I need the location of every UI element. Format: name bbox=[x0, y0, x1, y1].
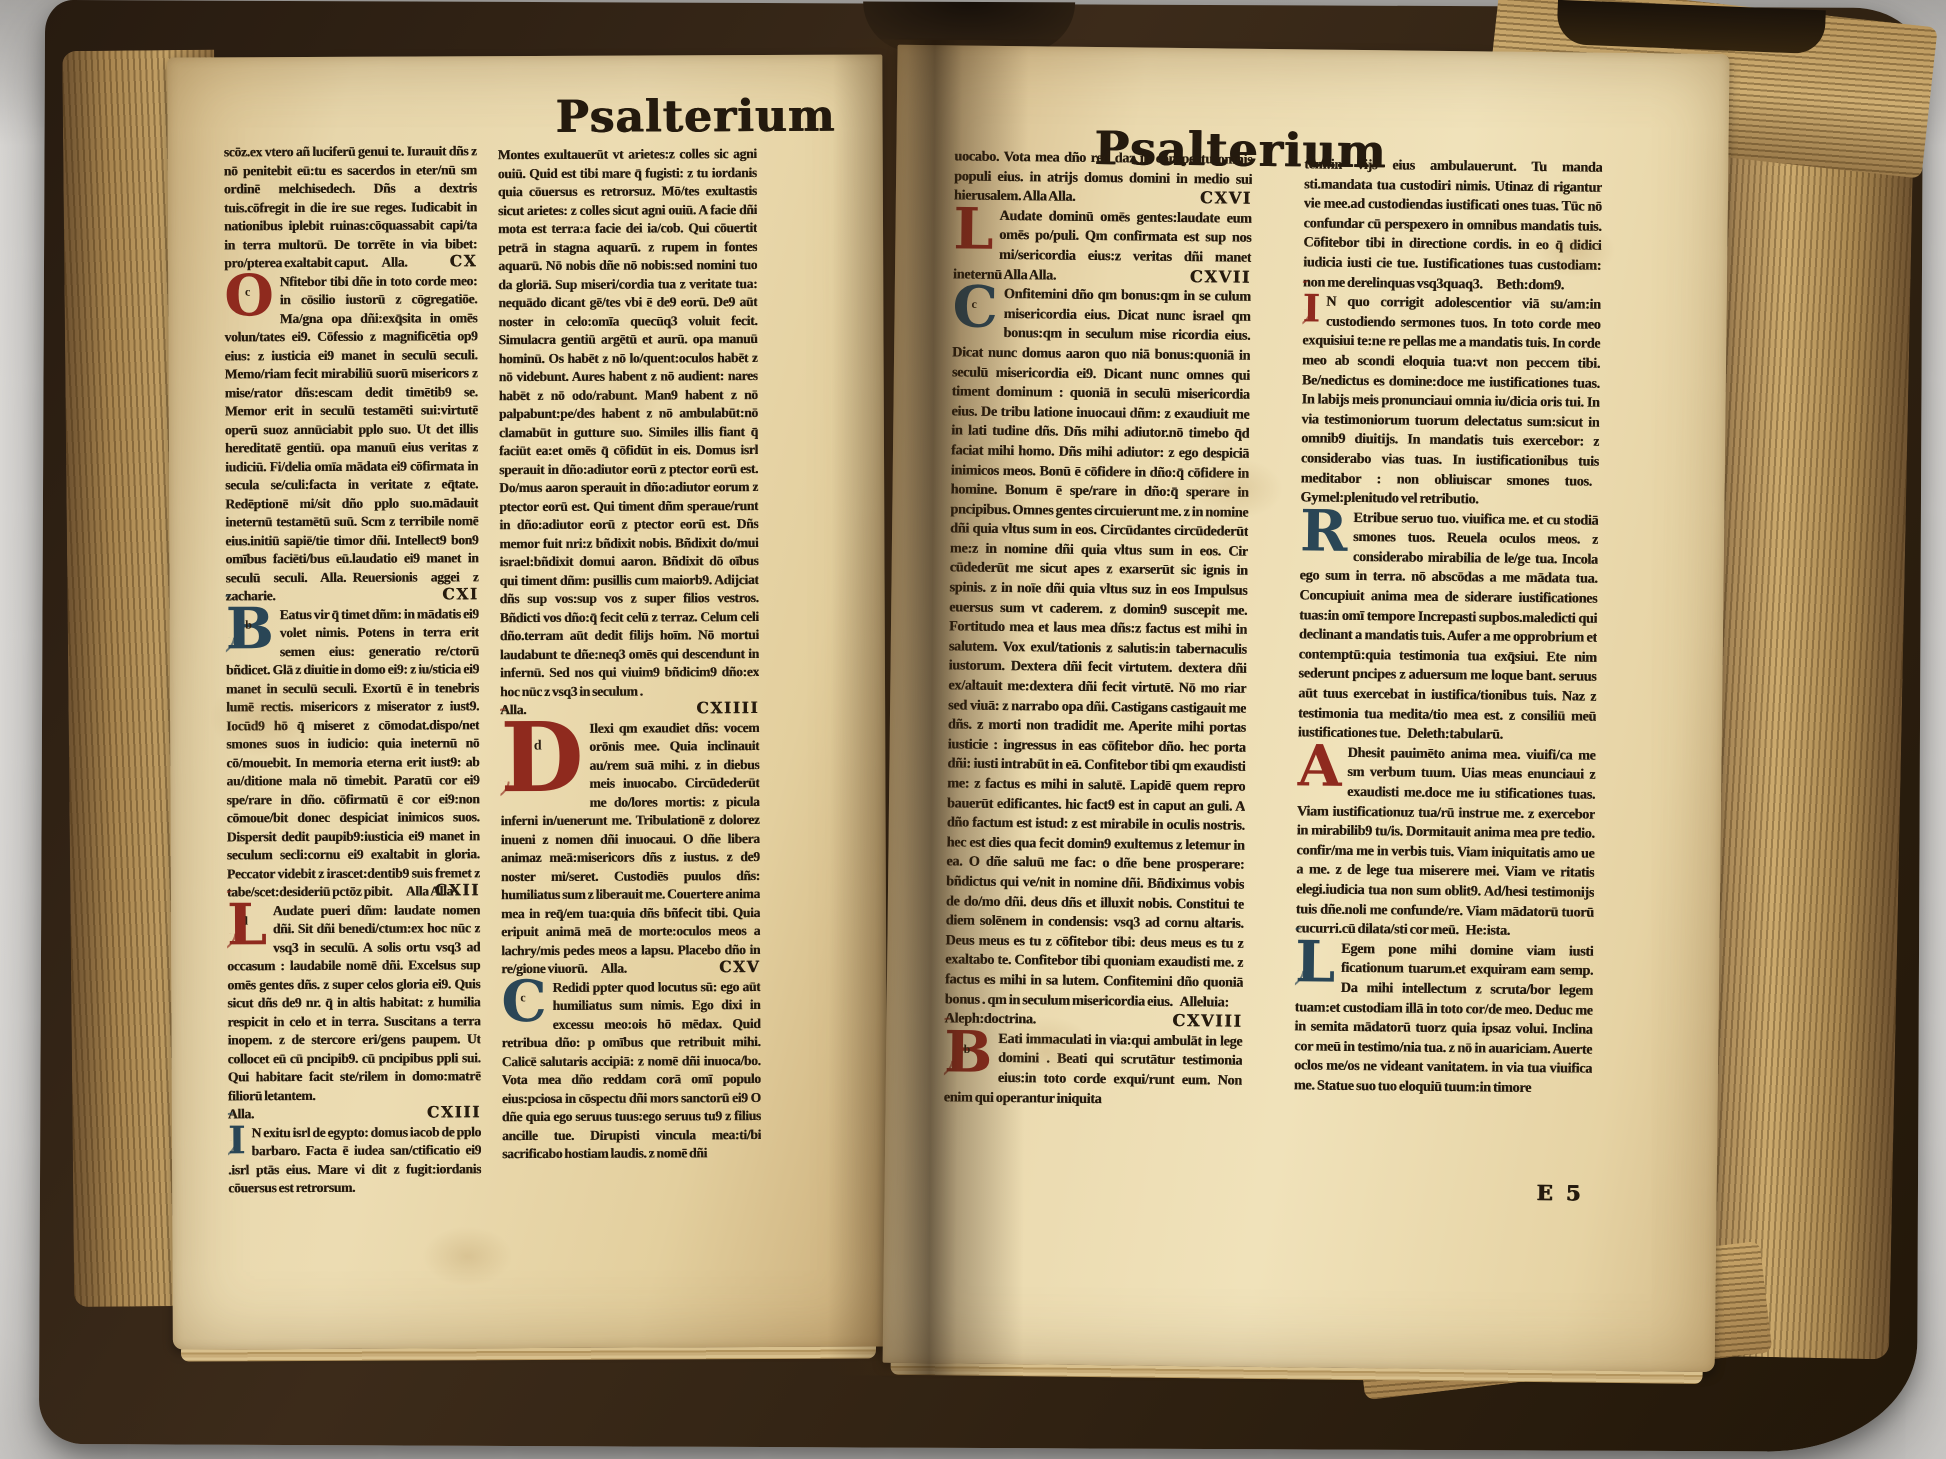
illuminated-initial: Oc bbox=[224, 273, 280, 319]
psalm-block: Alla.CXIII bbox=[228, 1104, 481, 1124]
illuminated-initial: L bbox=[1295, 939, 1341, 985]
illuminated-initial: Ll bbox=[227, 902, 273, 948]
left-column-1: scōz.ex vtero añ luciferū genui te. Iura… bbox=[224, 142, 482, 1255]
psalm-block: Montes exultauerūt vt arietes:z colles s… bbox=[498, 145, 759, 701]
guide-letter: b bbox=[964, 1045, 970, 1054]
guide-letter: b bbox=[245, 621, 251, 630]
psalm-numeral: CXIIII bbox=[696, 699, 759, 718]
illuminated-initial: Cc bbox=[501, 978, 552, 1024]
left-page: Psalterium scōz.ex vtero añ luciferū gen… bbox=[167, 54, 888, 1349]
psalm-text: Montes exultauerūt vt arietes:z colles s… bbox=[498, 146, 759, 699]
illuminated-initial: R bbox=[1300, 508, 1354, 554]
running-title-left: Psalterium bbox=[555, 91, 835, 143]
illuminated-initial: A bbox=[1297, 743, 1347, 789]
under-pages-edge bbox=[890, 1363, 1702, 1384]
book: Psalterium scōz.ex vtero añ luciferū gen… bbox=[39, 0, 1923, 1452]
guide-letter: l bbox=[245, 917, 248, 926]
psalm-block: uocabo. Vota mea dño red daz in conspect… bbox=[954, 147, 1253, 209]
psalm-block: OcNfitebor tibi dñe in toto corde meo: i… bbox=[224, 272, 478, 606]
psalm-text: tem:in vijs eius ambulauerunt. Tu manda … bbox=[1303, 156, 1602, 293]
photo-scene: Psalterium scōz.ex vtero añ luciferū gen… bbox=[0, 0, 1946, 1459]
psalm-numeral: CXIII bbox=[427, 1103, 481, 1122]
psalm-block: ADhesit pauimēto anima mea. viuifi/ca me… bbox=[1295, 743, 1595, 942]
psalm-text: Onfitemini dño qm bonus:qm in se culum m… bbox=[945, 286, 1251, 1010]
psalm-numeral: CXV bbox=[719, 958, 760, 977]
psalm-numeral: CXVI bbox=[1200, 188, 1252, 208]
psalm-numeral: CX bbox=[450, 252, 478, 271]
illuminated-initial: I bbox=[1302, 293, 1326, 324]
right-column-1: uocabo. Vota mea dño red daz in conspect… bbox=[942, 147, 1253, 1260]
psalm-text: N quo corrigit adolescentior viā su/am:i… bbox=[1300, 294, 1600, 508]
psalm-block: BbEati immaculati in via:qui ambulāt in … bbox=[944, 1029, 1243, 1111]
psalm-numeral: CXI bbox=[442, 585, 478, 604]
under-pages-edge bbox=[181, 1347, 876, 1362]
psalm-block: scōz.ex vtero añ luciferū genui te. Iura… bbox=[224, 142, 478, 273]
illuminated-initial: Bb bbox=[944, 1029, 998, 1075]
left-column-2: Montes exultauerūt vt arietes:z colles s… bbox=[498, 145, 762, 1258]
illuminated-initial: I bbox=[228, 1124, 252, 1155]
guide-letter: d bbox=[534, 741, 542, 752]
illuminated-initial: Cc bbox=[952, 285, 1004, 331]
guide-letter: c bbox=[972, 300, 977, 309]
psalm-block: LlAudate pueri dñm: laudate nomen dñi. S… bbox=[227, 901, 481, 1106]
psalm-block: CcRedidi ppter quod locutus sū: ego aūt … bbox=[501, 978, 761, 1164]
illuminated-initial: L bbox=[953, 206, 999, 252]
right-page: Psalterium uocabo. Vota mea dño red daz … bbox=[883, 45, 1730, 1372]
psalm-numeral: CXII bbox=[435, 881, 480, 900]
psalm-numeral: CXVII bbox=[1190, 267, 1251, 287]
right-column-2: tem:in vijs eius ambulauerunt. Tu manda … bbox=[1292, 155, 1603, 1268]
psalm-block: REtribue seruo tuo. viuifica me. et cu s… bbox=[1298, 508, 1599, 746]
psalm-text: N exitu isrl de egypto: domus iacob de p… bbox=[228, 1124, 481, 1196]
illuminated-initial: Bb bbox=[226, 606, 280, 652]
psalm-block: CcOnfitemini dño qm bonus:qm in se culum… bbox=[945, 285, 1251, 1013]
guide-letter: c bbox=[520, 994, 525, 1003]
psalm-block: BbEatus vir q̄ timet dñm: in mādatis ei9… bbox=[226, 605, 480, 902]
psalm-block: IN exitu isrl de egypto: domus iacob de … bbox=[228, 1123, 481, 1198]
psalm-block: tem:in vijs eius ambulauerunt. Tu manda … bbox=[1303, 155, 1603, 296]
illuminated-initial: Dd bbox=[500, 719, 589, 795]
guide-letter: c bbox=[245, 288, 250, 297]
psalm-block: LEgem pone mihi domine viam iusti ficati… bbox=[1294, 939, 1594, 1099]
psalm-numeral: CXVIII bbox=[1172, 1011, 1242, 1031]
psalm-block: IN quo corrigit adolescentior viā su/am:… bbox=[1300, 293, 1600, 512]
signature-mark: E 5 bbox=[1536, 1180, 1583, 1206]
psalm-text: scōz.ex vtero añ luciferū genui te. Iura… bbox=[224, 143, 477, 270]
psalm-block: DdIlexi qm exaudiet dñs: vocem orōnis me… bbox=[500, 719, 760, 979]
